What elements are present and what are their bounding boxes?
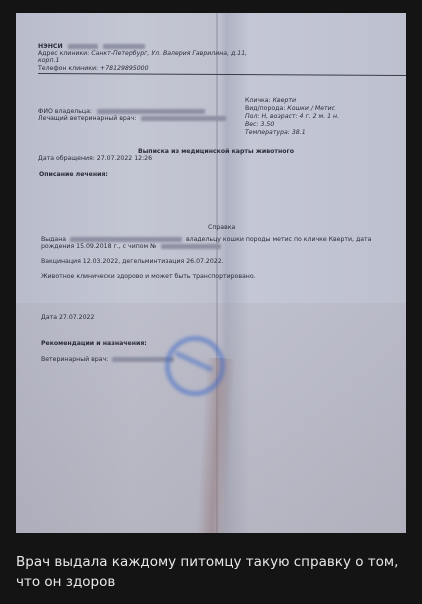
redacted-text xyxy=(68,44,98,49)
document-title: Выписка из медицинской карты животного xyxy=(138,148,294,155)
cert-issued-label: Выдана xyxy=(41,236,66,243)
clinic-address-label: Адрес клиники: xyxy=(38,50,89,57)
pet-weight-label: Вес: xyxy=(245,121,259,128)
clinic-stamp xyxy=(165,336,225,396)
redacted-text xyxy=(103,44,145,49)
treatment-label: Описание лечения: xyxy=(39,171,108,178)
clinic-phone-value: +78129895000 xyxy=(100,65,149,72)
pet-breed-label: Вид/порода: xyxy=(245,105,285,112)
doctor-row: Лечащий ветеринарный врач: xyxy=(38,115,226,122)
clinic-address: Адрес клиники: Санкт-Петербург, Ул. Вале… xyxy=(38,50,247,57)
pet-breed-value: Кошки / Метис xyxy=(287,105,335,112)
clinic-address-value: Санкт-Петербург, Ул. Валерия Гаврилина, … xyxy=(91,50,247,57)
pet-name-value: Кверти xyxy=(273,97,296,104)
redacted-chip xyxy=(161,244,221,249)
cert-line1-text: владельцу кошки породы метис по кличке К… xyxy=(186,236,371,243)
clinic-address-line2: корп.1 xyxy=(38,57,59,64)
visit-date-label: Дата обращения: xyxy=(38,155,95,162)
vet-label: Ветеринарный врач: xyxy=(41,356,108,363)
doctor-label: Лечащий ветеринарный врач: xyxy=(38,115,136,122)
vet-certificate: НЭНСИ Адрес клиники: Санкт-Петербург, Ул… xyxy=(16,13,406,533)
photo-caption: Врач выдала каждому питомцу такую справк… xyxy=(16,552,406,592)
pet-name-label: Кличка: xyxy=(245,97,271,104)
redacted-doctor xyxy=(141,116,226,121)
certificate-title: Справка xyxy=(208,224,235,231)
owner-label: ФИО владельца: xyxy=(38,108,92,115)
certificate-health: Животное клинически здорово и может быть… xyxy=(41,273,256,280)
pet-breed: Вид/порода: Кошки / Метис xyxy=(245,105,335,112)
pet-sex-label: Пол: xyxy=(245,113,259,120)
clinic-phone-label: Телефон клиники: xyxy=(38,65,98,72)
pet-sex-age-value: Н, возраст: 4 г. 2 м. 1 н. xyxy=(261,113,339,120)
certificate-date: Дата 27.07.2022 xyxy=(41,314,94,321)
pet-temp-label: Температура: xyxy=(245,129,290,136)
certificate-vaccination: Вакцинация 12.03.2022, дегельминтизация … xyxy=(41,258,224,265)
pet-temp-value: 38.1 xyxy=(292,129,306,136)
visit-date-value: 27.07.2022 12:26 xyxy=(97,155,152,162)
redacted-owner xyxy=(70,237,182,242)
header-divider xyxy=(38,73,406,76)
pet-temperature: Температура: 38.1 xyxy=(245,129,306,136)
recommendations-label: Рекомендации и назначения: xyxy=(41,340,147,347)
pet-weight: Вес: 3.50 xyxy=(245,121,274,128)
redacted-owner xyxy=(97,109,205,114)
cert-line2-text: рождения 15.09.2018 г., с чипом № xyxy=(41,243,157,250)
pet-weight-value: 3.50 xyxy=(261,121,275,128)
pet-sex-age: Пол: Н, возраст: 4 г. 2 м. 1 н. xyxy=(245,113,339,120)
document-photo: НЭНСИ Адрес клиники: Санкт-Петербург, Ул… xyxy=(16,13,406,533)
pet-name: Кличка: Кверти xyxy=(245,97,296,104)
certificate-line2: рождения 15.09.2018 г., с чипом № xyxy=(41,243,221,250)
clinic-name: НЭНСИ xyxy=(38,43,63,50)
vet-signature-row: Ветеринарный врач: xyxy=(41,356,174,363)
visit-date: Дата обращения: 27.07.2022 12:26 xyxy=(38,155,152,162)
clinic-phone: Телефон клиники: +78129895000 xyxy=(38,65,149,72)
